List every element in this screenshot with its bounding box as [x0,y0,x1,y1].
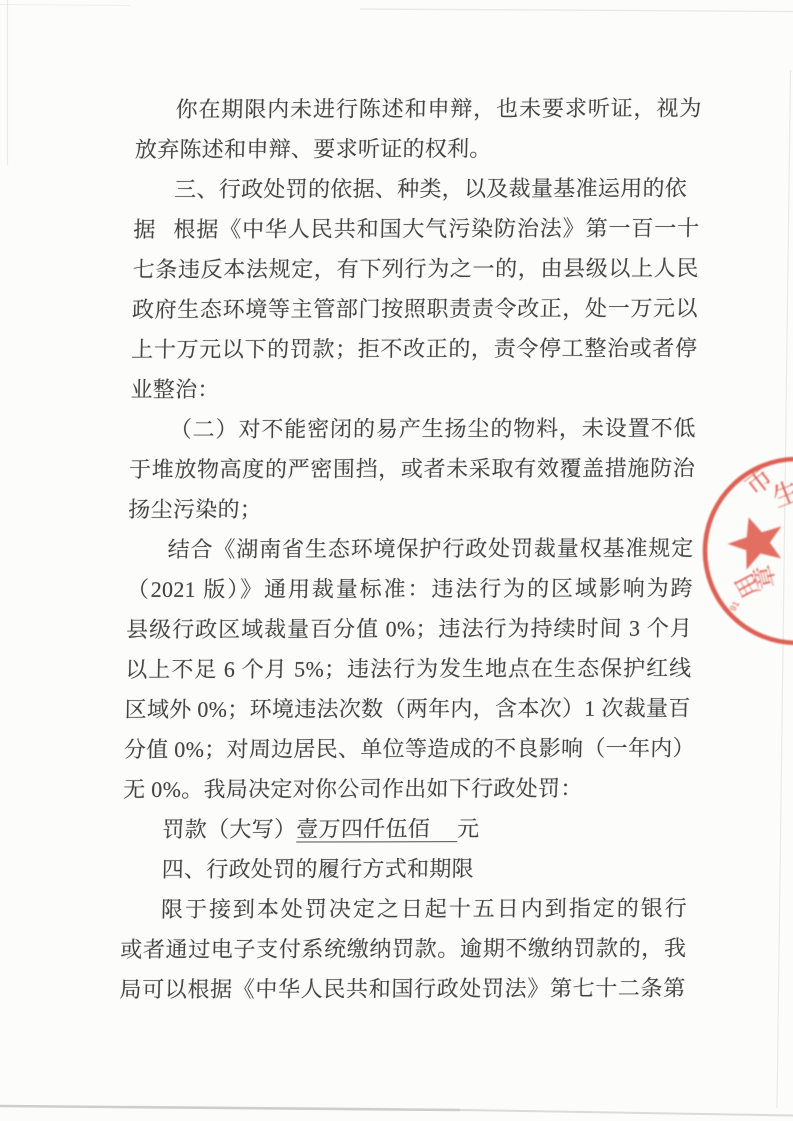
text-segment: 罚款（大写） [162,817,296,842]
text-line: 根据《中华人民共和国大气污染防治法》第一百一十 [133,209,700,250]
text-line: 上十万元以下的罚款；拒不改正的，责令停工整治或者停 [131,329,698,370]
scan-shadow-bottom-soft [0,1104,793,1114]
scan-edge-top-left [0,5,130,6]
scan-crease-left [0,97,118,99]
text-segment: 元 [457,816,480,841]
scan-edge-top [360,9,793,12]
text-line: 于堆放物高度的严密围挡，或者未采取有效覆盖措施防治 [129,449,696,490]
text-line: 或者通过电子支付系统缴纳罚款。逾期不缴纳罚款的，我 [120,929,687,970]
penalty-amount-underlined: 壹万四仟伍佰 [296,816,457,842]
text-line: 结合《湖南省生态环境保护行政处罚裁量权基准规定 [127,529,694,570]
text-line: 限于接到本处罚决定之日起十五日内到指定的银行 [121,889,688,930]
stamp-star-icon [722,509,791,573]
stamp-ring-char-1: 市 [739,461,779,501]
text-line: 七条违反本法规定，有下列行为之一的，由县级以上人民 [132,249,699,290]
stamp-bottom-char-2: 章 [749,562,781,592]
text-line: 四、行政处罚的履行方式和期限 [121,849,688,890]
text-line: 分值 0%；对周边居民、单位等造成的不良影响（一年内） [124,729,691,770]
text-line: 以上不足 6 个月 5%；违法行为发生地点在生态保护红线 [125,649,692,690]
text-line: 你在期限内未进行陈述和申辩，也未要求听证，视为 [135,89,702,130]
text-line: 三、行政处罚的依据、种类，以及裁量基准运用的依据 [134,169,701,210]
text-line: （二）对不能密闭的易产生扬尘的物料，未设置不低 [129,409,696,450]
text-line: 无 0%。我局决定对你公司作出如下行政处罚： [123,769,690,810]
text-line: 政府生态环境等主管部门按照职责责令改正，处一万元以 [132,289,699,330]
text-line: 县级行政区域裁量百分值 0%；违法行为持续时间 3 个月 [126,609,693,650]
text-line: 区域外 0%；环境违法次数（两年内，含本次）1 次裁量百 [124,689,691,730]
scanned-document-page: 你在期限内未进行陈述和申辩，也未要求听证，视为放弃陈述和申辩、要求听证的权利。三… [0,0,793,1121]
stamp-bottom-char-1: 用 [732,568,766,601]
stamp-serial-digits: 91 [728,599,742,613]
scan-edge-bottom-left [0,1106,460,1110]
text-line: 罚款（大写）壹万四仟伍佰元 [122,809,689,850]
text-line: （2021 版）》通用裁量标准：违法行为的区域影响为跨 [126,569,693,610]
stamp-circle [705,459,793,643]
scan-edge-right [777,70,791,1108]
text-line: 局可以根据《中华人民共和国行政处罚法》第七十二条第 [119,969,686,1010]
document-text: 你在期限内未进行陈述和申辩，也未要求听证，视为放弃陈述和申辩、要求听证的权利。三… [119,89,702,1010]
text-line: 扬尘污染的； [128,489,695,530]
text-line: 放弃陈述和申辩、要求听证的权利。 [135,129,702,170]
stamp-ring-char-2: 生 [768,475,793,513]
text-line: 业整治： [130,369,697,410]
scan-edge-bottom-right [460,1110,793,1116]
